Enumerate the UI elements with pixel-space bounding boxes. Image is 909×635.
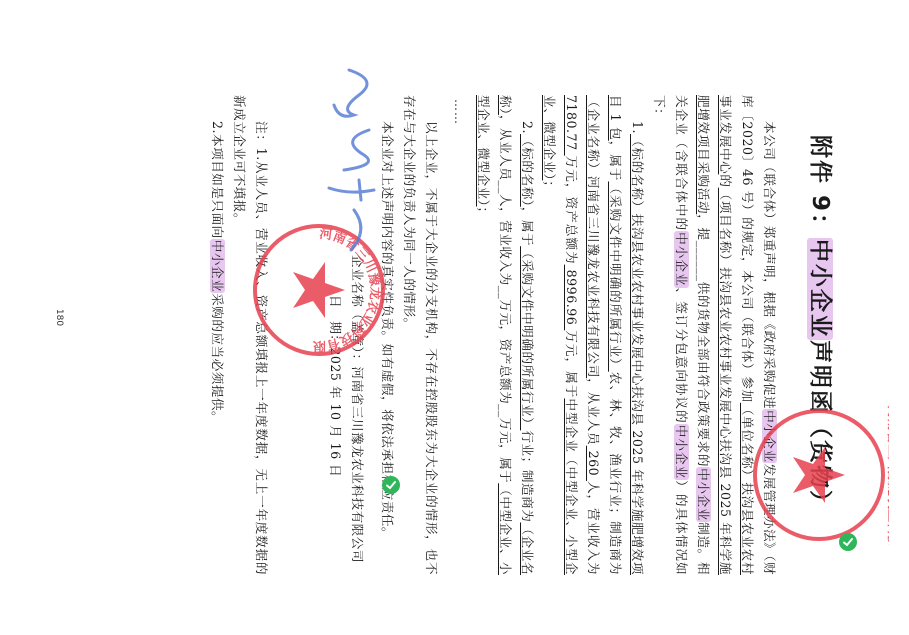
item-number: 2. xyxy=(520,121,535,134)
text: ，从业人员__人，营业收入为__万元，资产总额为__万元，属于 xyxy=(498,115,513,483)
page-number: 180 xyxy=(54,0,64,635)
company-label: 企业名称（盖章）： xyxy=(350,255,365,367)
item-2: 2.（标的名称），属于（采购文件中明确的所属行业）行业；制造商为（企业名称），从… xyxy=(472,95,538,575)
filled-field: （企业名称）河南省三川豫龙农业科技有限公司 xyxy=(586,95,601,378)
text: 的 xyxy=(718,174,733,187)
text: 万元，资产总额为 xyxy=(564,156,579,265)
text: 万元，属于 xyxy=(564,330,579,398)
highlight: 中小企业 xyxy=(674,231,689,287)
text: 采购的应当必须提供。 xyxy=(210,293,225,424)
non-affiliation-paragraph: 以上企业，不属于大企业的分支机构，不存在控股股东为大企业的情形，也不存在与大企业… xyxy=(398,95,442,575)
title-suffix: 声明函（货物） xyxy=(807,340,833,515)
filled-field: 8996.96 xyxy=(564,265,579,331)
rotated-document-page: 附件 9：中小企业声明函（货物） 本公司（联合体）郑重声明，根据《政府采购促进中… xyxy=(0,0,909,635)
text: ，从业人员 xyxy=(586,378,601,445)
note-1: 注：1.从业人员、营业收入、资产总额填报上一年度数据，无上一年度数据的新成立企业… xyxy=(228,95,272,575)
text: 行业；制造商为 xyxy=(520,430,535,522)
item-number: 1. xyxy=(630,121,645,134)
filled-field: （采购文件中明确的所属行业） xyxy=(608,181,623,371)
filled-field: （采购文件中明确的所属行业） xyxy=(520,246,535,430)
verified-check-icon[interactable] xyxy=(382,476,400,494)
text: ； xyxy=(542,180,557,193)
filled-field: 260 xyxy=(586,446,601,481)
ellipsis: …… xyxy=(452,99,466,575)
text: ； xyxy=(476,207,491,220)
note-2: 2.本项目如是只面向中小企业采购的应当必须提供。 xyxy=(206,95,228,575)
title-prefix: 附件 9： xyxy=(807,135,833,238)
highlight: 中小企业 xyxy=(696,467,711,522)
filled-field: （标的名称） xyxy=(520,134,535,207)
svg-text:河南省三川豫龙农业科技有限公司: 河南省三川豫龙农业科技有限公司 xyxy=(885,405,889,545)
notes: 注：1.从业人员、营业收入、资产总额填报上一年度数据，无上一年度数据的新成立企业… xyxy=(206,95,272,575)
verified-check-icon[interactable] xyxy=(839,533,857,551)
text: 、签订分包意向协议的 xyxy=(674,288,689,424)
text: 本公司（联合体）郑重声明，根据《政府采购促进 xyxy=(762,121,777,409)
text: 2.本项目如是只面向 xyxy=(210,121,225,239)
text: ，提______供的货物全部由符合政策要求的 xyxy=(696,214,711,467)
title-highlight: 中小企业 xyxy=(807,238,833,340)
text: ，属于 xyxy=(608,141,623,182)
date-value: 2025 年 10 月 16 日 xyxy=(328,347,343,477)
highlight: 中小企业 xyxy=(762,409,777,463)
text: 人，营业收入为 xyxy=(586,481,601,575)
page-title: 附件 9：中小企业声明函（货物） xyxy=(806,85,839,565)
filled-field: 7180.77 xyxy=(564,95,579,156)
document-body: 附件 9：中小企业声明函（货物） 本公司（联合体）郑重声明，根据《政府采购促进中… xyxy=(206,95,839,575)
signature-block: 企业名称（盖章）：河南省三川豫龙农业科技有限公司 日 期：2025 年 10 月… xyxy=(324,255,368,575)
company-line: 企业名称（盖章）：河南省三川豫龙农业科技有限公司 xyxy=(346,255,368,575)
text: ，属于 xyxy=(520,207,535,246)
highlight: 中小企业 xyxy=(210,239,225,293)
date-label: 日 期： xyxy=(328,295,343,347)
company-value: 河南省三川豫龙农业科技有限公司 xyxy=(350,367,365,563)
responsibility-paragraph: 本企业对上述声明内容的真实性负责。如有虚假，将依法承担相应责任。 xyxy=(376,95,398,575)
declaration-paragraph: 本公司（联合体）郑重声明，根据《政府采购促进中小企业发展管理办法》（财库〔202… xyxy=(648,95,780,575)
highlight: 中小企业 xyxy=(674,424,689,480)
item-1: 1.（标的名称）扶沟县农业农村事业发展中心扶沟县 2025 年科学施肥增效项目 … xyxy=(538,95,648,575)
date-line: 日 期：2025 年 10 月 16 日 xyxy=(324,255,346,575)
text: 农、林、牧、渔业行业；制造商为 xyxy=(608,372,623,575)
